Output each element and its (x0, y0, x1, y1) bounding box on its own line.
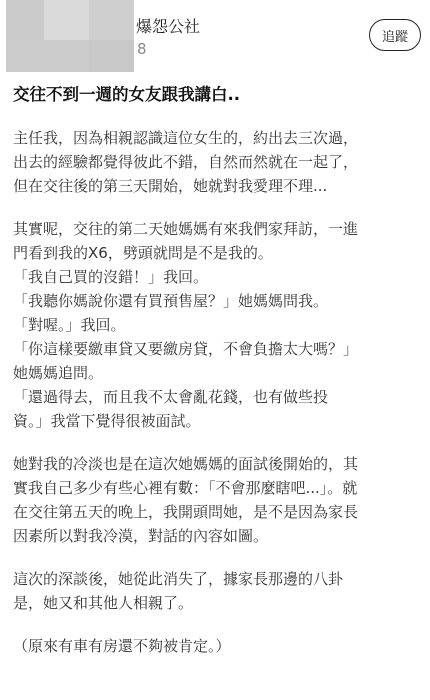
text-line: 門看到我的X6，劈頭就問是不是我的。 (13, 241, 425, 265)
avatar-tile (89, 0, 134, 40)
board-count: 8 (137, 40, 147, 58)
board-avatar[interactable] (6, 0, 134, 72)
text-line: 「你這樣要繳車貸又要繳房貸，不會負擔太大嗎？」 (13, 337, 425, 361)
text-line: 但在交往後的第三天開始，她就對我愛理不理... (13, 174, 425, 198)
board-name[interactable]: 爆怨公社 (136, 14, 200, 37)
text-line: 資。」我當下覺得很被面試。 (13, 409, 425, 433)
text-line: 出去的經驗都覺得彼此不錯，自然而然就在一起了， (13, 150, 425, 174)
text-line: 「對喔。」我回。 (13, 313, 425, 337)
text-line: 其實呢，交往的第二天她媽媽有來我們家拜訪，一進 (13, 217, 425, 241)
avatar-tile (6, 0, 44, 40)
text-line: 她對我的冷淡也是在這次她媽媽的面試後開始的，其 (13, 452, 425, 476)
avatar-tile (44, 0, 89, 40)
paragraph: 這次的深談後，她從此消失了，據家長那邊的八卦 是，她又和其他人相親了。 (13, 567, 425, 615)
paragraph: 主任我，因為相親認識這位女生的，約出去三次過， 出去的經驗都覺得彼此不錯，自然而… (13, 126, 425, 198)
text-line: 在交往第五天的晚上，我開頭問她，是不是因為家長 (13, 500, 425, 524)
text-line: 實我自己多少有些心裡有數：「不會那麼瞎吧...」。就 (13, 476, 425, 500)
post-header: 爆怨公社 8 追蹤 (0, 0, 430, 72)
text-line: 「我聽你媽說你還有買預售屋？」她媽媽問我。 (13, 289, 425, 313)
post-title: 交往不到一週的女友跟我講白.. (13, 81, 240, 105)
paragraph: （原來有車有房還不夠被肯定。） (13, 634, 425, 658)
follow-button[interactable]: 追蹤 (369, 19, 421, 51)
paragraph: 其實呢，交往的第二天她媽媽有來我們家拜訪，一進 門看到我的X6，劈頭就問是不是我… (13, 217, 425, 433)
text-line: 主任我，因為相親認識這位女生的，約出去三次過， (13, 126, 425, 150)
text-line: 這次的深談後，她從此消失了，據家長那邊的八卦 (13, 567, 425, 591)
text-line: 「我自己買的沒錯！」我回。 (13, 265, 425, 289)
text-line: 「還過得去，而且我不太會亂花錢，也有做些投 (13, 385, 425, 409)
text-line: 她媽媽追問。 (13, 361, 425, 385)
post-body: 主任我，因為相親認識這位女生的，約出去三次過， 出去的經驗都覺得彼此不錯，自然而… (13, 126, 425, 658)
paragraph: 她對我的冷淡也是在這次她媽媽的面試後開始的，其 實我自己多少有些心裡有數：「不會… (13, 452, 425, 548)
text-line: （原來有車有房還不夠被肯定。） (13, 634, 425, 658)
text-line: 是，她又和其他人相親了。 (13, 591, 425, 615)
text-line: 因素所以對我冷漠，對話的內容如圖。 (13, 524, 425, 548)
avatar-tile (89, 40, 134, 72)
avatar-tile (6, 40, 89, 72)
